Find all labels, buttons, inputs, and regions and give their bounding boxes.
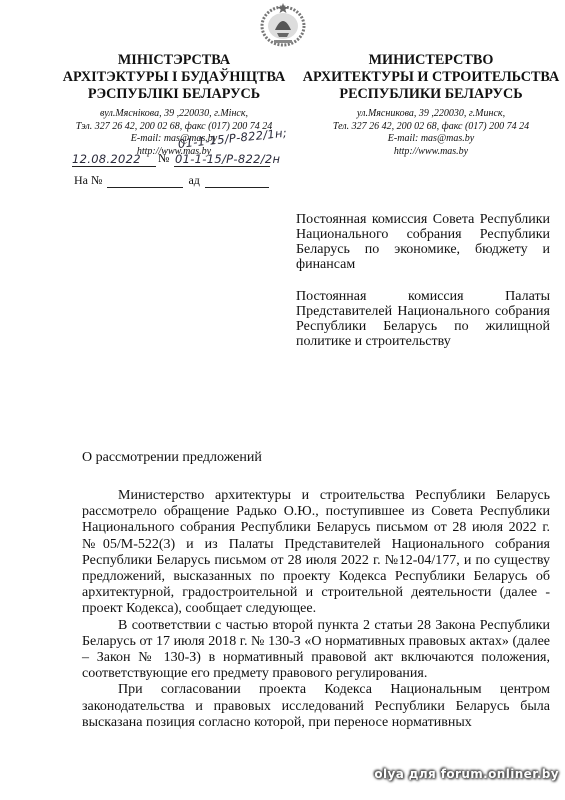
- watermark: olya для forum.onliner.by: [374, 767, 559, 781]
- letter-body: Министерство архитектуры и строительства…: [82, 488, 550, 731]
- body-paragraph: В соответствии с частью второй пункта 2 …: [82, 618, 550, 683]
- ministry-name-line: АРХІТЭКТУРЫ І БУДАЎНІЦТВА: [60, 69, 288, 86]
- belarus-state-emblem-icon: [258, 0, 308, 48]
- ministry-name-line: МИНИСТЕРСТВО: [300, 52, 562, 69]
- body-paragraph: Министерство архитектуры и строительства…: [82, 488, 550, 618]
- handwritten-number: 01-1-15/Р-822/2н: [175, 152, 280, 166]
- email: E-mail: mas@mas.by: [300, 133, 562, 146]
- body-paragraph: При согласовании проекта Кодекса Национа…: [82, 682, 550, 731]
- ministry-name-line: МІНІСТЭРСТВА: [60, 52, 288, 69]
- ministry-name-line: РЭСПУБЛІКІ БЕЛАРУСЬ: [60, 86, 288, 103]
- number-label: №: [158, 151, 169, 166]
- number-underline: [174, 166, 270, 167]
- handwritten-date: 12.08.2022: [72, 152, 141, 166]
- phones: Тел. 327 26 42, 200 02 68, факс (017) 20…: [300, 121, 562, 134]
- letterhead-russian: МИНИСТЕРСТВО АРХИТЕКТУРЫ И СТРОИТЕЛЬСТВА…: [300, 52, 562, 158]
- ministry-name-line: АРХИТЕКТУРЫ И СТРОИТЕЛЬСТВА: [300, 69, 562, 86]
- addressee-council-commission: Постоянная комиссия Совета Республики На…: [296, 212, 550, 272]
- letter-subject: О рассмотрении предложений: [82, 450, 262, 466]
- address: вул.Мяснікова, 39 ,220030, г.Мінск,: [60, 108, 288, 121]
- reply-date-blank: [205, 176, 269, 188]
- ministry-name-line: РЕСПУБЛИКИ БЕЛАРУСЬ: [300, 86, 562, 103]
- reply-number-blank: [107, 176, 183, 188]
- website: http://www.mas.by: [300, 146, 562, 159]
- addressee-house-commission: Постоянная комиссия Палаты Представителе…: [296, 289, 550, 349]
- contacts-ru: ул.Мясникова, 39 ,220030, г.Минск, Тел. …: [300, 108, 562, 158]
- date-underline: [72, 166, 156, 167]
- reply-reference-line: На № ад: [74, 173, 274, 188]
- ministry-name-ru: МИНИСТЕРСТВО АРХИТЕКТУРЫ И СТРОИТЕЛЬСТВА…: [300, 52, 562, 103]
- reply-from-label: ад: [188, 173, 199, 188]
- ministry-name-be: МІНІСТЭРСТВА АРХІТЭКТУРЫ І БУДАЎНІЦТВА Р…: [60, 52, 288, 103]
- reply-label: На №: [74, 173, 102, 188]
- address: ул.Мясникова, 39 ,220030, г.Минск,: [300, 108, 562, 121]
